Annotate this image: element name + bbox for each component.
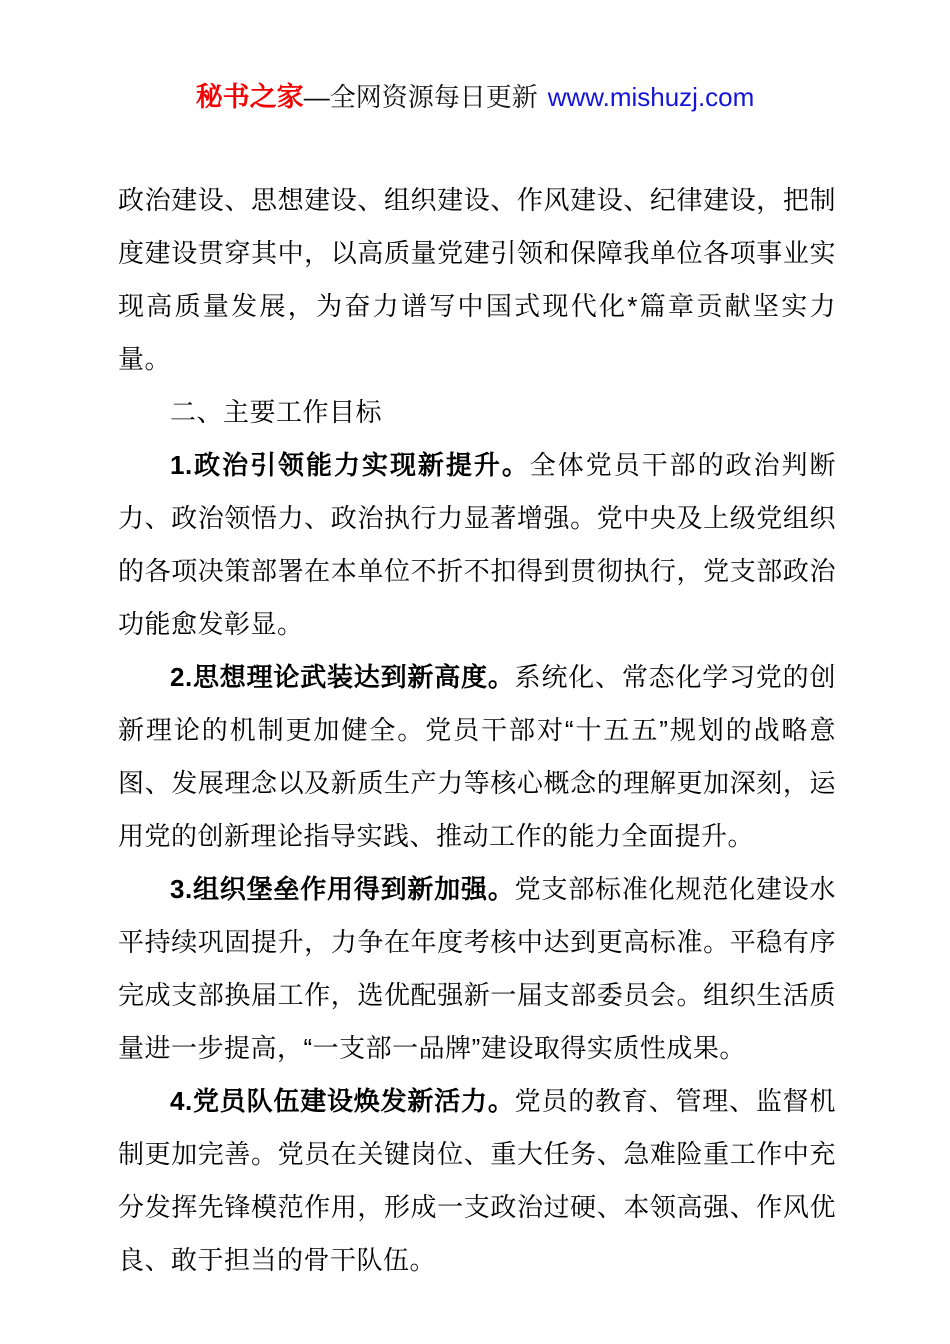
- site-url-link[interactable]: www.mishuzj.com: [548, 82, 755, 112]
- header-tagline: 全网资源每日更新: [330, 82, 538, 112]
- body-text-run: 二、主要工作目标: [170, 397, 382, 427]
- section-heading: 二、主要工作目标: [118, 386, 836, 439]
- goal-paragraph-4: 4.党员队伍建设焕发新活力。党员的教育、管理、监督机制更加完善。党员在关键岗位、…: [118, 1075, 836, 1287]
- goal-paragraph-3: 3.组织堡垒作用得到新加强。党支部标准化规范化建设水平持续巩固提升，力争在年度考…: [118, 863, 836, 1075]
- body-paragraph-continuation: 政治建设、思想建设、组织建设、作风建设、纪律建设，把制度建设贯穿其中，以高质量党…: [118, 174, 836, 386]
- goal-title-run: 4.党员队伍建设焕发新活力。: [170, 1086, 515, 1116]
- goal-title-run: 3.组织堡垒作用得到新加强。: [170, 874, 515, 904]
- document-header: 秘书之家—全网资源每日更新www.mishuzj.com: [0, 80, 950, 114]
- goal-paragraph-2: 2.思想理论武装达到新高度。系统化、常态化学习党的创新理论的机制更加健全。党员干…: [118, 651, 836, 863]
- body-text-run: 政治建设、思想建设、组织建设、作风建设、纪律建设，把制度建设贯穿其中，以高质量党…: [118, 185, 836, 374]
- goal-title-run: 2.思想理论武装达到新高度。: [170, 662, 515, 692]
- document-body: 政治建设、思想建设、组织建设、作风建设、纪律建设，把制度建设贯穿其中，以高质量党…: [118, 174, 836, 1287]
- goal-paragraph-1: 1.政治引领能力实现新提升。全体党员干部的政治判断力、政治领悟力、政治执行力显著…: [118, 439, 836, 651]
- goal-title-run: 1.政治引领能力实现新提升。: [170, 450, 530, 480]
- site-name: 秘书之家: [196, 82, 304, 112]
- header-dash: —: [304, 82, 330, 112]
- document-page: 秘书之家—全网资源每日更新www.mishuzj.com 政治建设、思想建设、组…: [0, 0, 950, 1344]
